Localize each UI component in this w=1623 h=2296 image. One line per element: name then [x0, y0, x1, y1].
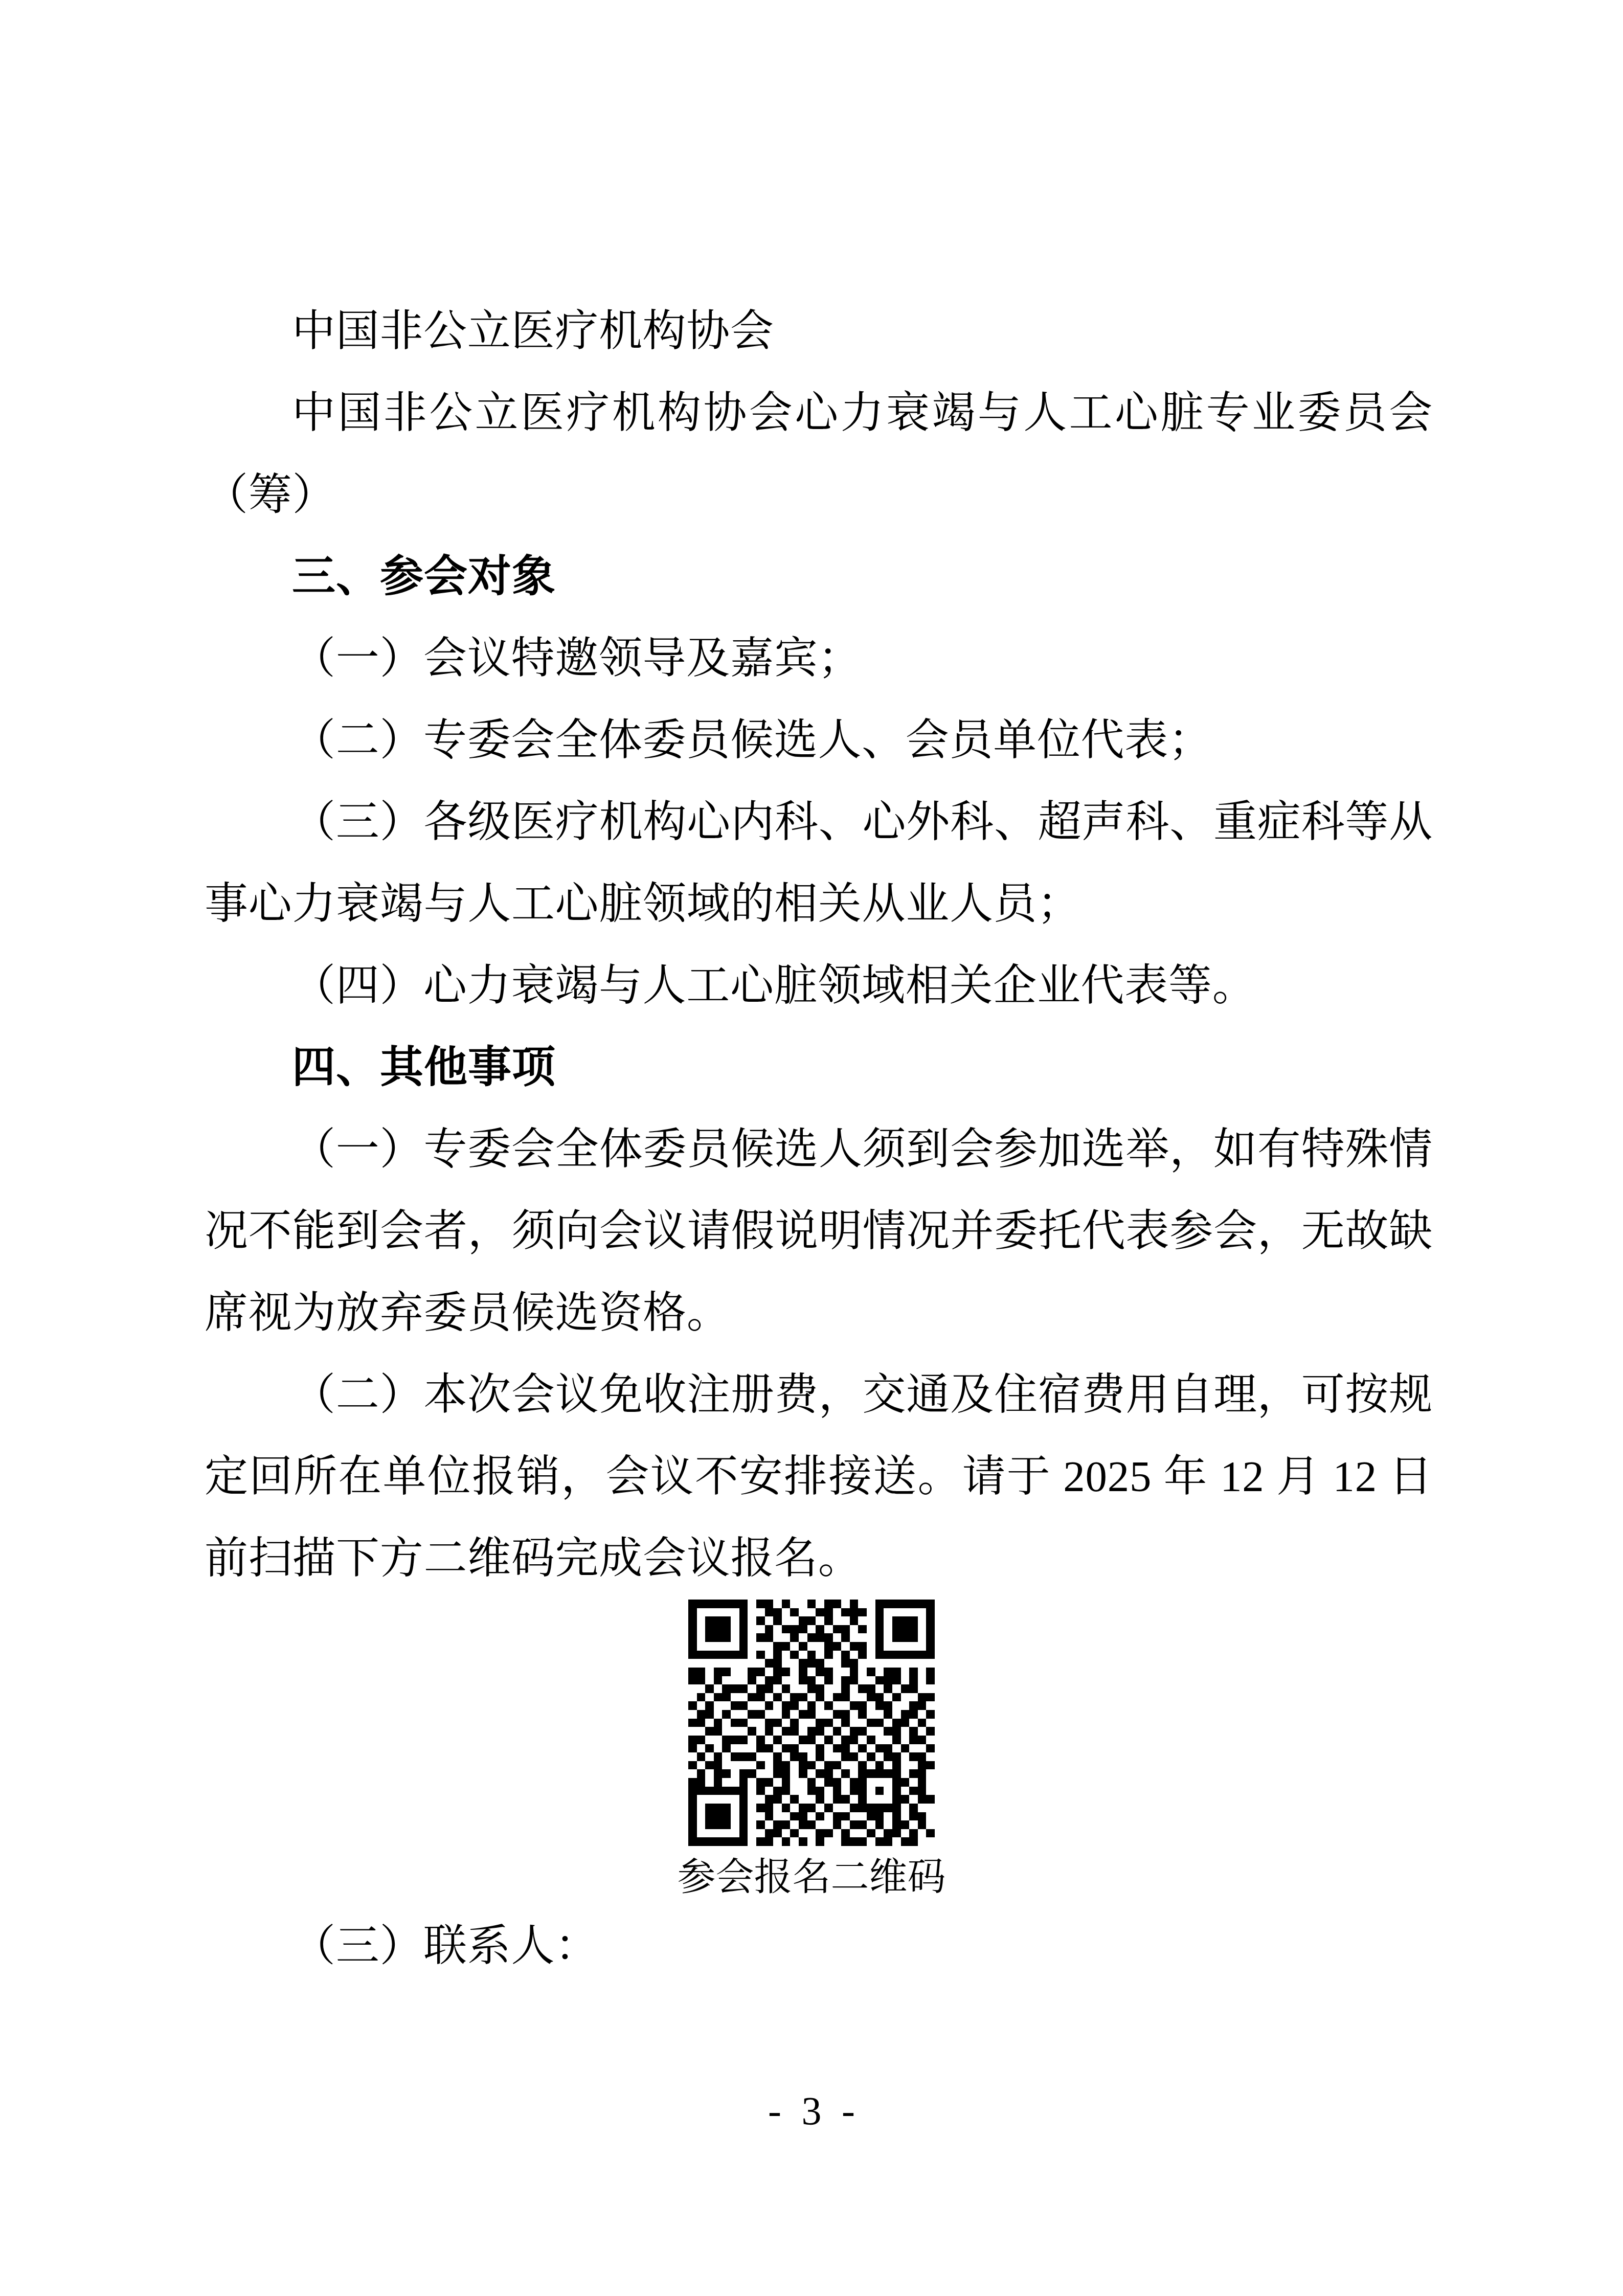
qr-module: [875, 1744, 884, 1753]
qr-module: [841, 1651, 850, 1659]
qr-module: [739, 1752, 748, 1761]
document-body: 中国非公立医疗机构协会中国非公立医疗机构协会心力衰竭与人工心脏专业委员会（筹）三…: [205, 290, 1433, 1600]
qr-module: [816, 1804, 824, 1812]
qr-module: [867, 1787, 875, 1795]
qr-module: [714, 1633, 723, 1642]
qr-module: [790, 1727, 799, 1736]
qr-module: [799, 1769, 807, 1778]
qr-module: [705, 1710, 714, 1719]
qr-module: [909, 1752, 918, 1761]
qr-module: [722, 1600, 731, 1608]
qr-module: [782, 1795, 791, 1804]
qr-module: [790, 1616, 799, 1625]
qr-module: [833, 1837, 842, 1846]
qr-module: [850, 1769, 859, 1778]
qr-module: [756, 1701, 765, 1710]
qr-module: [799, 1625, 807, 1634]
qr-module: [765, 1804, 774, 1812]
qr-module: [790, 1701, 799, 1710]
text-line: （一）会议特邀领导及嘉宾；: [205, 618, 1433, 700]
qr-module: [816, 1616, 824, 1625]
qr-module: [739, 1616, 748, 1625]
qr-module: [850, 1829, 859, 1838]
qr-module: [748, 1625, 756, 1634]
qr-module: [782, 1659, 791, 1668]
qr-module: [688, 1795, 697, 1804]
qr-module: [799, 1744, 807, 1753]
qr-module: [816, 1829, 824, 1838]
qr-module: [850, 1744, 859, 1753]
qr-module: [892, 1676, 901, 1685]
qr-module: [773, 1829, 782, 1838]
qr-module: [697, 1651, 706, 1659]
qr-module: [688, 1693, 697, 1702]
qr-module: [833, 1633, 842, 1642]
qr-module: [697, 1744, 706, 1753]
qr-module: [816, 1752, 824, 1761]
qr-module: [858, 1633, 867, 1642]
qr-module: [705, 1642, 714, 1651]
qr-module: [714, 1642, 723, 1651]
qr-module: [918, 1659, 927, 1668]
qr-module: [790, 1719, 799, 1727]
qr-module: [901, 1804, 910, 1812]
qr-module: [765, 1778, 774, 1787]
qr-module: [926, 1684, 935, 1693]
qr-module: [892, 1600, 901, 1608]
qr-module: [765, 1769, 774, 1778]
qr-module: [816, 1693, 824, 1702]
qr-module: [909, 1769, 918, 1778]
qr-module: [875, 1710, 884, 1719]
qr-module: [756, 1642, 765, 1651]
qr-module: [901, 1633, 910, 1642]
qr-module: [790, 1744, 799, 1753]
qr-module: [850, 1778, 859, 1787]
qr-module: [833, 1625, 842, 1634]
qr-module: [790, 1710, 799, 1719]
qr-module: [722, 1787, 731, 1795]
qr-module: [790, 1761, 799, 1770]
qr-module: [824, 1684, 833, 1693]
qr-module: [697, 1812, 706, 1821]
qr-module: [697, 1633, 706, 1642]
qr-module: [892, 1693, 901, 1702]
qr-module: [909, 1625, 918, 1634]
qr-module: [688, 1752, 697, 1761]
qr-module: [841, 1837, 850, 1846]
qr-module: [765, 1668, 774, 1676]
qr-module: [807, 1778, 816, 1787]
qr-module: [918, 1812, 927, 1821]
qr-module: [892, 1719, 901, 1727]
qr-module: [697, 1829, 706, 1838]
qr-module: [918, 1651, 927, 1659]
qr-module: [875, 1778, 884, 1787]
qr-module: [688, 1778, 697, 1787]
qr-module: [756, 1600, 765, 1608]
qr-module: [765, 1710, 774, 1719]
qr-module: [722, 1701, 731, 1710]
qr-module: [705, 1633, 714, 1642]
qr-module: [739, 1684, 748, 1693]
qr-module: [892, 1778, 901, 1787]
text-line: （三）各级医疗机构心内科、心外科、超声科、重症科等从: [205, 781, 1433, 863]
qr-module: [807, 1659, 816, 1668]
qr-module: [884, 1787, 892, 1795]
qr-module: [748, 1600, 756, 1608]
qr-module: [867, 1719, 875, 1727]
qr-module: [926, 1752, 935, 1761]
qr-module: [841, 1744, 850, 1753]
qr-module: [739, 1719, 748, 1727]
qr-module: [688, 1787, 697, 1795]
qr-module: [782, 1608, 791, 1617]
qr-module: [926, 1693, 935, 1702]
qr-module: [833, 1769, 842, 1778]
qr-module: [816, 1676, 824, 1685]
qr-module: [884, 1684, 892, 1693]
qr-module: [773, 1710, 782, 1719]
qr-module: [926, 1676, 935, 1685]
qr-module: [731, 1633, 739, 1642]
qr-module: [756, 1676, 765, 1685]
qr-module: [926, 1820, 935, 1829]
qr-module: [748, 1727, 756, 1736]
qr-module: [748, 1701, 756, 1710]
text-line: （二）专委会全体委员候选人、会员单位代表；: [205, 700, 1433, 781]
qr-module: [790, 1736, 799, 1744]
qr-module: [892, 1616, 901, 1625]
qr-module: [901, 1710, 910, 1719]
qr-module: [782, 1744, 791, 1753]
qr-module: [790, 1752, 799, 1761]
qr-module: [875, 1668, 884, 1676]
qr-module: [705, 1795, 714, 1804]
qr-module: [867, 1676, 875, 1685]
qr-module: [756, 1659, 765, 1668]
qr-module: [748, 1820, 756, 1829]
qr-module: [807, 1761, 816, 1770]
qr-module: [918, 1642, 927, 1651]
qr-module: [731, 1795, 739, 1804]
qr-module: [850, 1837, 859, 1846]
qr-module: [892, 1727, 901, 1736]
qr-module: [858, 1701, 867, 1710]
qr-module: [858, 1719, 867, 1727]
qr-module: [901, 1778, 910, 1787]
qr-module: [850, 1659, 859, 1668]
qr-module: [901, 1727, 910, 1736]
qr-module: [867, 1795, 875, 1804]
qr-module: [731, 1787, 739, 1795]
qr-module: [816, 1736, 824, 1744]
qr-module: [858, 1608, 867, 1617]
qr-module: [722, 1608, 731, 1617]
qr-module: [926, 1651, 935, 1659]
qr-module: [722, 1769, 731, 1778]
qr-module: [807, 1795, 816, 1804]
qr-module: [739, 1795, 748, 1804]
qr-module: [858, 1710, 867, 1719]
qr-module: [858, 1642, 867, 1651]
qr-module: [705, 1727, 714, 1736]
qr-module: [722, 1752, 731, 1761]
qr-module: [756, 1744, 765, 1753]
qr-module: [901, 1684, 910, 1693]
qr-module: [901, 1651, 910, 1659]
qr-module: [688, 1761, 697, 1770]
qr-module: [901, 1795, 910, 1804]
qr-module: [739, 1668, 748, 1676]
qr-module: [739, 1812, 748, 1821]
qr-module: [756, 1727, 765, 1736]
qr-module: [918, 1787, 927, 1795]
qr-module: [833, 1668, 842, 1676]
qr-module: [697, 1668, 706, 1676]
qr-module: [697, 1642, 706, 1651]
qr-module: [799, 1804, 807, 1812]
qr-module: [807, 1625, 816, 1634]
qr-module: [926, 1829, 935, 1838]
qr-module: [841, 1693, 850, 1702]
contact-section: （三）联系人：: [205, 1905, 1433, 1987]
qr-module: [875, 1804, 884, 1812]
qr-module: [833, 1676, 842, 1685]
qr-module: [850, 1684, 859, 1693]
qr-module: [901, 1608, 910, 1617]
qr-module: [731, 1736, 739, 1744]
qr-module: [790, 1795, 799, 1804]
qr-module: [824, 1676, 833, 1685]
qr-module: [756, 1616, 765, 1625]
qr-module: [782, 1820, 791, 1829]
qr-module: [909, 1719, 918, 1727]
qr-module: [867, 1651, 875, 1659]
qr-module: [773, 1659, 782, 1668]
qr-module: [739, 1659, 748, 1668]
qr-module: [841, 1804, 850, 1812]
qr-module: [697, 1761, 706, 1770]
qr-module: [722, 1676, 731, 1685]
qr-module: [722, 1719, 731, 1727]
qr-module: [756, 1761, 765, 1770]
qr-module: [731, 1829, 739, 1838]
qr-module: [714, 1795, 723, 1804]
qr-module: [782, 1600, 791, 1608]
qr-module: [909, 1659, 918, 1668]
qr-module: [807, 1684, 816, 1693]
qr-module: [892, 1795, 901, 1804]
qr-module: [714, 1719, 723, 1727]
qr-module: [901, 1668, 910, 1676]
qr-module: [824, 1693, 833, 1702]
qr-module: [867, 1701, 875, 1710]
qr-module: [748, 1676, 756, 1685]
qr-module: [731, 1769, 739, 1778]
qr-module: [833, 1752, 842, 1761]
qr-module: [824, 1642, 833, 1651]
qr-module: [731, 1812, 739, 1821]
qr-module: [705, 1625, 714, 1634]
qr-module: [816, 1659, 824, 1668]
qr-module: [901, 1659, 910, 1668]
qr-module: [731, 1693, 739, 1702]
qr-module: [816, 1668, 824, 1676]
qr-module: [850, 1820, 859, 1829]
qr-module: [850, 1616, 859, 1625]
qr-module: [756, 1778, 765, 1787]
qr-module: [875, 1837, 884, 1846]
qr-module: [918, 1633, 927, 1642]
qr-module: [901, 1761, 910, 1770]
qr-module: [731, 1761, 739, 1770]
qr-module: [688, 1744, 697, 1753]
qr-module: [867, 1684, 875, 1693]
qr-module: [833, 1736, 842, 1744]
qr-module: [688, 1837, 697, 1846]
qr-module: [714, 1744, 723, 1753]
qr-module: [807, 1829, 816, 1838]
qr-module: [722, 1642, 731, 1651]
qr-module: [816, 1812, 824, 1821]
qr-module: [909, 1829, 918, 1838]
qr-module: [714, 1804, 723, 1812]
qr-module: [731, 1651, 739, 1659]
qr-module: [714, 1625, 723, 1634]
qr-module: [816, 1701, 824, 1710]
qr-module: [731, 1608, 739, 1617]
qr-module: [841, 1710, 850, 1719]
qr-module: [833, 1616, 842, 1625]
qr-module: [765, 1744, 774, 1753]
qr-module: [884, 1693, 892, 1702]
qr-module: [731, 1727, 739, 1736]
qr-module: [867, 1710, 875, 1719]
qr-module: [705, 1744, 714, 1753]
qr-module: [739, 1633, 748, 1642]
qr-module: [875, 1676, 884, 1685]
qr-module: [756, 1736, 765, 1744]
qr-module: [833, 1829, 842, 1838]
qr-module: [918, 1736, 927, 1744]
qr-module: [824, 1752, 833, 1761]
qr-module: [731, 1744, 739, 1753]
qr-module: [850, 1651, 859, 1659]
qr-module: [722, 1829, 731, 1838]
qr-module: [875, 1752, 884, 1761]
qr-module: [697, 1804, 706, 1812]
qr-module: [909, 1727, 918, 1736]
qr-module: [850, 1812, 859, 1821]
qr-module: [892, 1625, 901, 1634]
qr-module: [901, 1600, 910, 1608]
qr-module: [875, 1727, 884, 1736]
qr-module: [833, 1659, 842, 1668]
qr-module: [875, 1600, 884, 1608]
qr-module: [875, 1736, 884, 1744]
qr-module: [773, 1684, 782, 1693]
qr-module: [892, 1804, 901, 1812]
qr-module: [731, 1642, 739, 1651]
qr-module: [782, 1727, 791, 1736]
qr-module: [850, 1633, 859, 1642]
qr-module: [799, 1752, 807, 1761]
qr-module: [858, 1752, 867, 1761]
qr-module: [714, 1659, 723, 1668]
qr-module: [824, 1829, 833, 1838]
qr-module: [731, 1659, 739, 1668]
qr-module: [833, 1684, 842, 1693]
qr-module: [833, 1761, 842, 1770]
qr-module: [773, 1693, 782, 1702]
qr-module: [833, 1651, 842, 1659]
qr-module: [816, 1642, 824, 1651]
qr-module: [858, 1837, 867, 1846]
qr-module: [756, 1608, 765, 1617]
text-line: 中国非公立医疗机构协会: [205, 290, 1433, 372]
qr-module: [697, 1820, 706, 1829]
qr-module: [909, 1642, 918, 1651]
qr-module: [867, 1752, 875, 1761]
qr-module: [731, 1668, 739, 1676]
qr-module: [790, 1625, 799, 1634]
qr-module: [816, 1744, 824, 1753]
qr-module: [867, 1693, 875, 1702]
qr-module: [756, 1795, 765, 1804]
qr-module: [790, 1600, 799, 1608]
qr-module: [790, 1633, 799, 1642]
qr-module: [782, 1701, 791, 1710]
qr-module: [901, 1769, 910, 1778]
qr-module: [841, 1829, 850, 1838]
qr-module: [909, 1693, 918, 1702]
qr-module: [782, 1829, 791, 1838]
qr-module: [833, 1600, 842, 1608]
qr-module: [807, 1676, 816, 1685]
qr-module: [765, 1616, 774, 1625]
qr-module: [909, 1710, 918, 1719]
qr-module: [807, 1651, 816, 1659]
qr-module: [790, 1804, 799, 1812]
qr-module: [892, 1651, 901, 1659]
qr-module: [799, 1642, 807, 1651]
qr-module: [901, 1787, 910, 1795]
qr-module: [816, 1769, 824, 1778]
qr-module: [892, 1787, 901, 1795]
qr-module: [892, 1710, 901, 1719]
qr-module: [867, 1778, 875, 1787]
qr-module: [892, 1736, 901, 1744]
qr-module: [926, 1668, 935, 1676]
qr-module: [790, 1812, 799, 1821]
qr-module: [909, 1795, 918, 1804]
qr-module: [782, 1625, 791, 1634]
qr-module: [867, 1744, 875, 1753]
qr-module: [824, 1625, 833, 1634]
qr-module: [884, 1727, 892, 1736]
qr-module: [875, 1829, 884, 1838]
qr-module: [765, 1812, 774, 1821]
qr-module: [714, 1820, 723, 1829]
qr-module: [807, 1744, 816, 1753]
qr-module: [688, 1642, 697, 1651]
qr-module: [909, 1668, 918, 1676]
qr-module: [799, 1787, 807, 1795]
qr-module: [807, 1701, 816, 1710]
qr-module: [875, 1719, 884, 1727]
qr-module: [807, 1693, 816, 1702]
